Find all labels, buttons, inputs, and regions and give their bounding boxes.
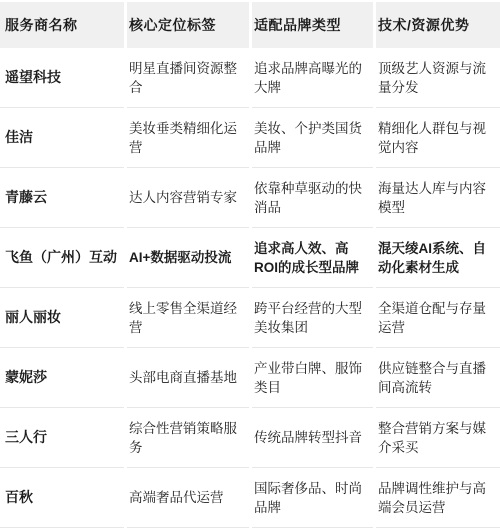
tech-resource: 顶级艺人资源与流量分发 (376, 48, 500, 108)
tech-resource: 整合营销方案与媒介采买 (376, 408, 500, 468)
core-positioning: 综合性营销策略服务 (127, 408, 249, 468)
table-row: 遥望科技 明星直播间资源整合 追求品牌高曝光的大牌 顶级艺人资源与流量分发 (0, 48, 500, 108)
core-positioning: 明星直播间资源整合 (127, 48, 249, 108)
core-positioning: 美妆垂类精细化运营 (127, 108, 249, 168)
tech-resource: 全渠道仓配与存量运营 (376, 288, 500, 348)
brand-type: 依靠种草驱动的快消品 (252, 168, 373, 228)
brand-type: 追求品牌高曝光的大牌 (252, 48, 373, 108)
provider-name: 青藤云 (0, 168, 124, 228)
core-positioning: 线上零售全渠道经营 (127, 288, 249, 348)
header-cell-core-positioning: 核心定位标签 (127, 2, 249, 48)
provider-comparison-table: 服务商名称 核心定位标签 适配品牌类型 技术/资源优势 遥望科技 明星直播间资源… (0, 0, 500, 531)
brand-type: 美妆、个护类国货品牌 (252, 108, 373, 168)
provider-name: 佳洁 (0, 108, 124, 168)
provider-name: 丽人丽妆 (0, 288, 124, 348)
header-cell-brand-type: 适配品牌类型 (252, 2, 373, 48)
table-row: 青藤云 达人内容营销专家 依靠种草驱动的快消品 海量达人库与内容模型 (0, 168, 500, 228)
tech-resource: 品牌调性维护与高端会员运营 (376, 468, 500, 528)
brand-type: 国际奢侈品、时尚品牌 (252, 468, 373, 528)
table-row: 佳洁 美妆垂类精细化运营 美妆、个护类国货品牌 精细化人群包与视觉内容 (0, 108, 500, 168)
header-cell-tech-resource: 技术/资源优势 (376, 2, 500, 48)
provider-name: 百秋 (0, 468, 124, 528)
core-positioning: 达人内容营销专家 (127, 168, 249, 228)
tech-resource: 精细化人群包与视觉内容 (376, 108, 500, 168)
table-row: 蒙妮莎 头部电商直播基地 产业带白牌、服饰类目 供应链整合与直播间高流转 (0, 348, 500, 408)
core-positioning: 高端奢品代运营 (127, 468, 249, 528)
provider-name: 三人行 (0, 408, 124, 468)
tech-resource: 供应链整合与直播间高流转 (376, 348, 500, 408)
table-row: 丽人丽妆 线上零售全渠道经营 跨平台经营的大型美妆集团 全渠道仓配与存量运营 (0, 288, 500, 348)
table-row: 飞鱼（广州）互动 AI+数据驱动投流 追求高人效、高ROI的成长型品牌 混天绫A… (0, 228, 500, 288)
provider-name: 飞鱼（广州）互动 (0, 228, 124, 288)
brand-type: 追求高人效、高ROI的成长型品牌 (252, 228, 373, 288)
brand-type: 传统品牌转型抖音 (252, 408, 373, 468)
brand-type: 跨平台经营的大型美妆集团 (252, 288, 373, 348)
brand-type: 产业带白牌、服饰类目 (252, 348, 373, 408)
table-header-row: 服务商名称 核心定位标签 适配品牌类型 技术/资源优势 (0, 2, 500, 48)
table-row: 三人行 综合性营销策略服务 传统品牌转型抖音 整合营销方案与媒介采买 (0, 408, 500, 468)
table-row: 百秋 高端奢品代运营 国际奢侈品、时尚品牌 品牌调性维护与高端会员运营 (0, 468, 500, 528)
header-cell-provider-name: 服务商名称 (0, 2, 124, 48)
tech-resource: 海量达人库与内容模型 (376, 168, 500, 228)
core-positioning: AI+数据驱动投流 (127, 228, 249, 288)
tech-resource: 混天绫AI系统、自动化素材生成 (376, 228, 500, 288)
core-positioning: 头部电商直播基地 (127, 348, 249, 408)
provider-name: 遥望科技 (0, 48, 124, 108)
provider-name: 蒙妮莎 (0, 348, 124, 408)
